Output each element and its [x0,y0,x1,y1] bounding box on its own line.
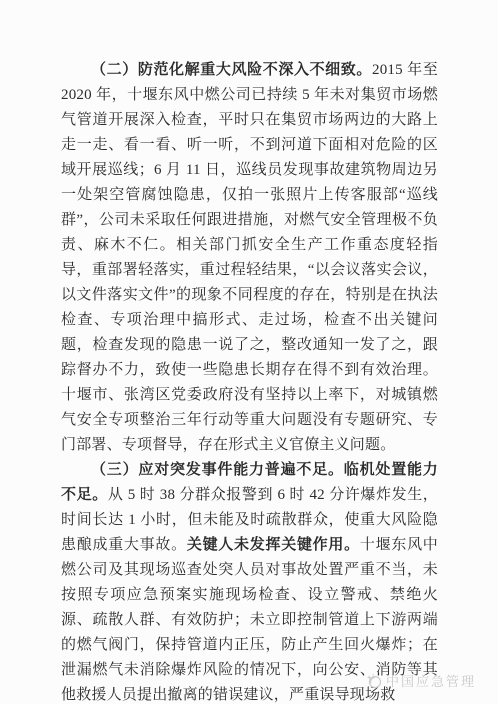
watermark-text: 中国应急管理 [386,671,476,690]
paragraph: （三）应对突发事件能力普遍不足。临机处置能力不足。从 5 时 38 分群众报警到… [61,458,438,704]
text-segment: 2015 年至 2020 年，十堰东风中燃公司已持续 5 年未对集贸市场燃气管道… [61,62,438,453]
document-body: （二）防范化解重大风险不深入不细致。2015 年至 2020 年，十堰东风中燃公… [61,58,438,704]
watermark: 中国应急管理 [366,671,476,690]
bold-text-segment: （二）防范化解重大风险不深入不细致。 [91,62,372,78]
document-page: （二）防范化解重大风险不深入不细致。2015 年至 2020 年，十堰东风中燃公… [0,0,498,704]
bold-text-segment: 关键人未发挥关键作用。 [187,537,360,553]
emergency-management-logo-icon [366,673,382,689]
paragraph: （二）防范化解重大风险不深入不细致。2015 年至 2020 年，十堰东风中燃公… [61,58,438,458]
